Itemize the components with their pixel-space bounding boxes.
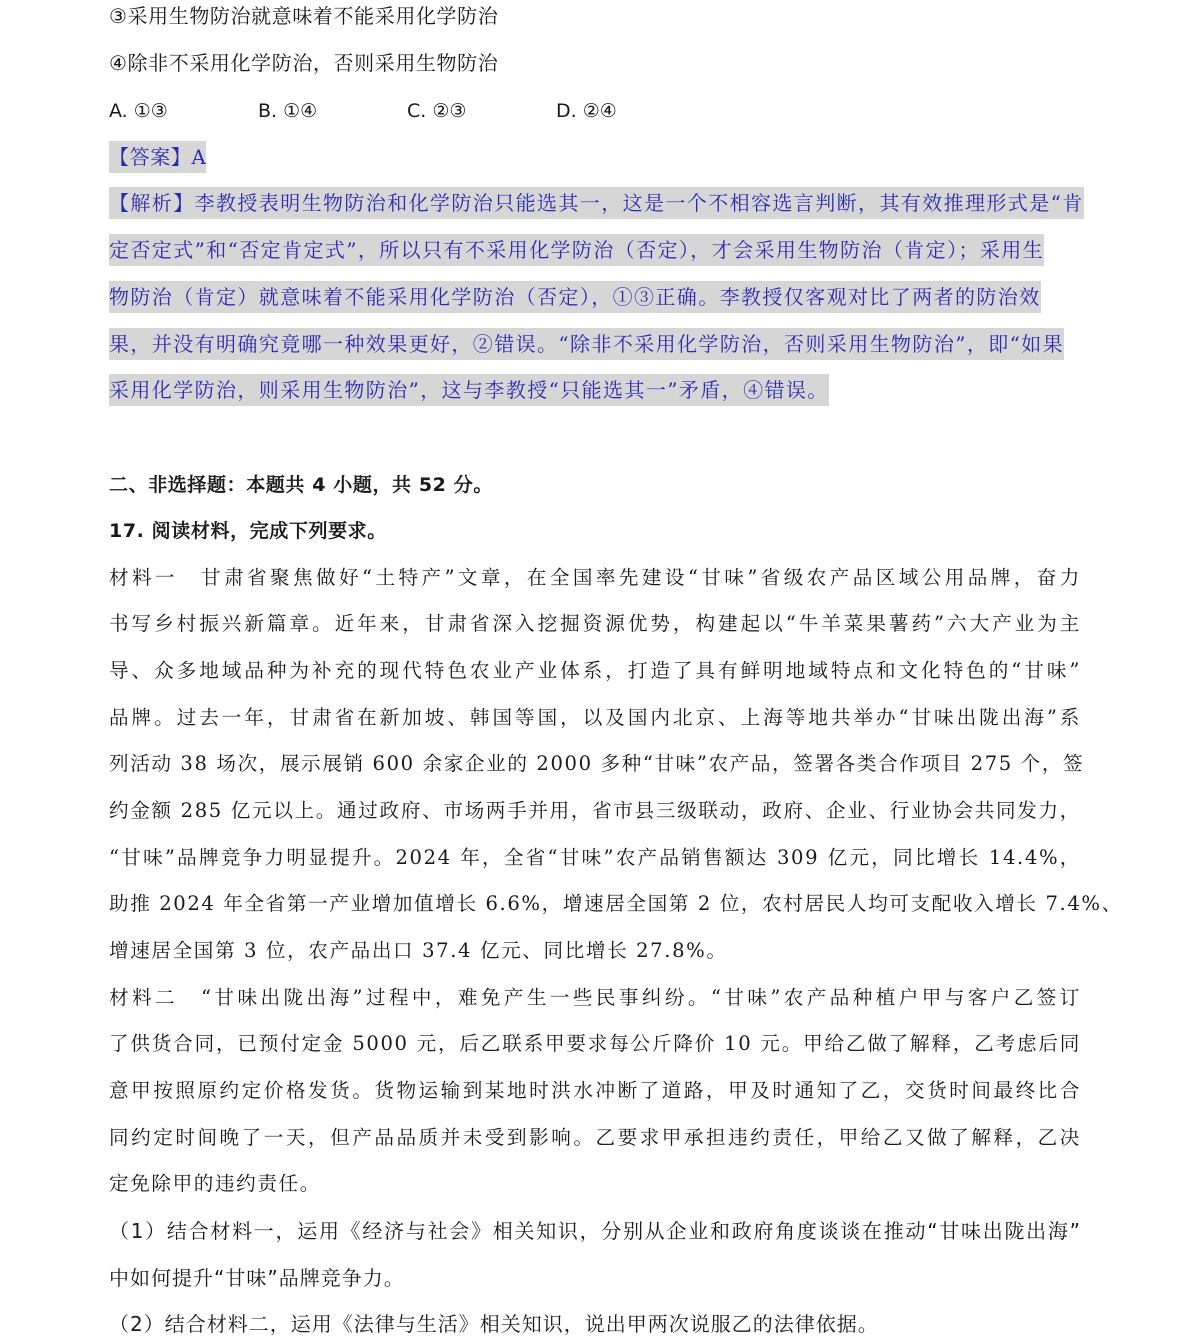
- subquestion-2-line-1: （2）结合材料二，运用《法律与生活》相关知识，说出甲两次说服乙的法律依据。: [109, 1310, 879, 1338]
- option-c-label: C.: [407, 100, 426, 122]
- material2-line-2: 了供货合同，已预付定金 5000 元，后乙联系甲要求每公斤降价 10 元。甲给乙…: [109, 1030, 1081, 1058]
- statement-4: ④除非不采用化学防治，否则采用生物防治: [109, 49, 498, 77]
- option-d: D. ②④: [556, 97, 617, 125]
- material1-line-8: 助推 2024 年全省第一产业增加值增长 6.6%，增速居全国第 2 位，农村居…: [109, 890, 1081, 918]
- option-c: C. ②③: [407, 97, 466, 125]
- analysis-line-1: 【解析】李教授表明生物防治和化学防治只能选其一，这是一个不相容选言判断，其有效推…: [109, 189, 1084, 217]
- question-17-title: 17. 阅读材料，完成下列要求。: [109, 517, 387, 545]
- material1-line-3: 导、众多地域品种为补充的现代特色农业产业体系，打造了具有鲜明地域特点和文化特色的…: [109, 657, 1081, 685]
- analysis-text-2: 定否定式”和“否定肯定式”，所以只有不采用化学防治（否定），才会采用生物防治（肯…: [109, 234, 1044, 266]
- statement-3: ③采用生物防治就意味着不能采用化学防治: [109, 2, 498, 30]
- analysis-text-3: 物防治（肯定）就意味着不能采用化学防治（否定），①③正确。李教授仅客观对比了两者…: [109, 281, 1041, 313]
- analysis-line-3: 物防治（肯定）就意味着不能采用化学防治（否定），①③正确。李教授仅客观对比了两者…: [109, 283, 1041, 311]
- option-b-label: B.: [258, 100, 277, 122]
- material2-line-5: 定免除甲的违约责任。: [109, 1170, 321, 1198]
- analysis-line-4: 果，并没有明确究竟哪一种效果更好，②错误。“除非不采用化学防治，否则采用生物防治…: [109, 330, 1064, 358]
- material1-line-5: 列活动 38 场次，展示展销 600 余家企业的 2000 多种“甘味”农产品，…: [109, 750, 1081, 778]
- material1-line-7: “甘味”品牌竞争力明显提升。2024 年，全省“甘味”农产品销售额达 309 亿…: [109, 844, 1081, 872]
- option-d-label: D.: [556, 100, 577, 122]
- analysis-line-5: 采用化学防治，则采用生物防治”，这与李教授“只能选其一”矛盾，④错误。: [109, 376, 829, 404]
- material1-line-9: 增速居全国第 3 位，农产品出口 37.4 亿元、同比增长 27.8%。: [109, 937, 728, 965]
- material1-line-2: 书写乡村振兴新篇章。近年来，甘肃省深入挖掘资源优势，构建起以“牛羊菜果薯药”六大…: [109, 610, 1081, 638]
- analysis-text-4: 果，并没有明确究竟哪一种效果更好，②错误。“除非不采用化学防治，否则采用生物防治…: [109, 328, 1064, 360]
- material2-line-1: 材料二 “甘味出陇出海”过程中，难免产生一些民事纠纷。“甘味”农产品种植户甲与客…: [109, 984, 1081, 1012]
- option-a: A. ①③: [109, 97, 168, 125]
- answer-line: 【答案】A: [109, 143, 206, 171]
- analysis-text-1: 【解析】李教授表明生物防治和化学防治只能选其一，这是一个不相容选言判断，其有效推…: [109, 187, 1084, 219]
- option-b: B. ①④: [258, 97, 317, 125]
- section-heading: 二、非选择题：本题共 4 小题，共 52 分。: [109, 471, 493, 499]
- answer-options: A. ①③ B. ①④ C. ②③ D. ②④: [109, 97, 809, 125]
- subquestion-1-line-2: 中如何提升“甘味”品牌竞争力。: [109, 1264, 405, 1292]
- option-a-label: A.: [109, 100, 128, 122]
- option-a-value: ①③: [134, 100, 168, 122]
- material2-line-4: 同约定时间晚了一天，但产品品质并未受到影响。乙要求甲承担违约责任，甲给乙又做了解…: [109, 1124, 1081, 1152]
- material1-line-1: 材料一 甘肃省聚焦做好“土特产”文章，在全国率先建设“甘味”省级农产品区域公用品…: [109, 564, 1081, 592]
- option-b-value: ①④: [283, 100, 317, 122]
- material1-line-6: 约金额 285 亿元以上。通过政府、市场两手并用，省市县三级联动，政府、企业、行…: [109, 797, 1081, 825]
- document-page: ③采用生物防治就意味着不能采用化学防治 ④除非不采用化学防治，否则采用生物防治 …: [0, 0, 1190, 1342]
- analysis-text-5: 采用化学防治，则采用生物防治”，这与李教授“只能选其一”矛盾，④错误。: [109, 374, 829, 406]
- option-d-value: ②④: [583, 100, 617, 122]
- analysis-line-2: 定否定式”和“否定肯定式”，所以只有不采用化学防治（否定），才会采用生物防治（肯…: [109, 236, 1044, 264]
- option-c-value: ②③: [432, 100, 466, 122]
- subquestion-1-line-1: （1）结合材料一，运用《经济与社会》相关知识，分别从企业和政府角度谈谈在推动“甘…: [109, 1217, 1081, 1245]
- answer-text: 【答案】A: [109, 141, 206, 173]
- material2-line-3: 意甲按照原约定价格发货。货物运输到某地时洪水冲断了道路，甲及时通知了乙，交货时间…: [109, 1077, 1081, 1105]
- material1-line-4: 品牌。过去一年，甘肃省在新加坡、韩国等国，以及国内北京、上海等地共举办“甘味出陇…: [109, 704, 1081, 732]
